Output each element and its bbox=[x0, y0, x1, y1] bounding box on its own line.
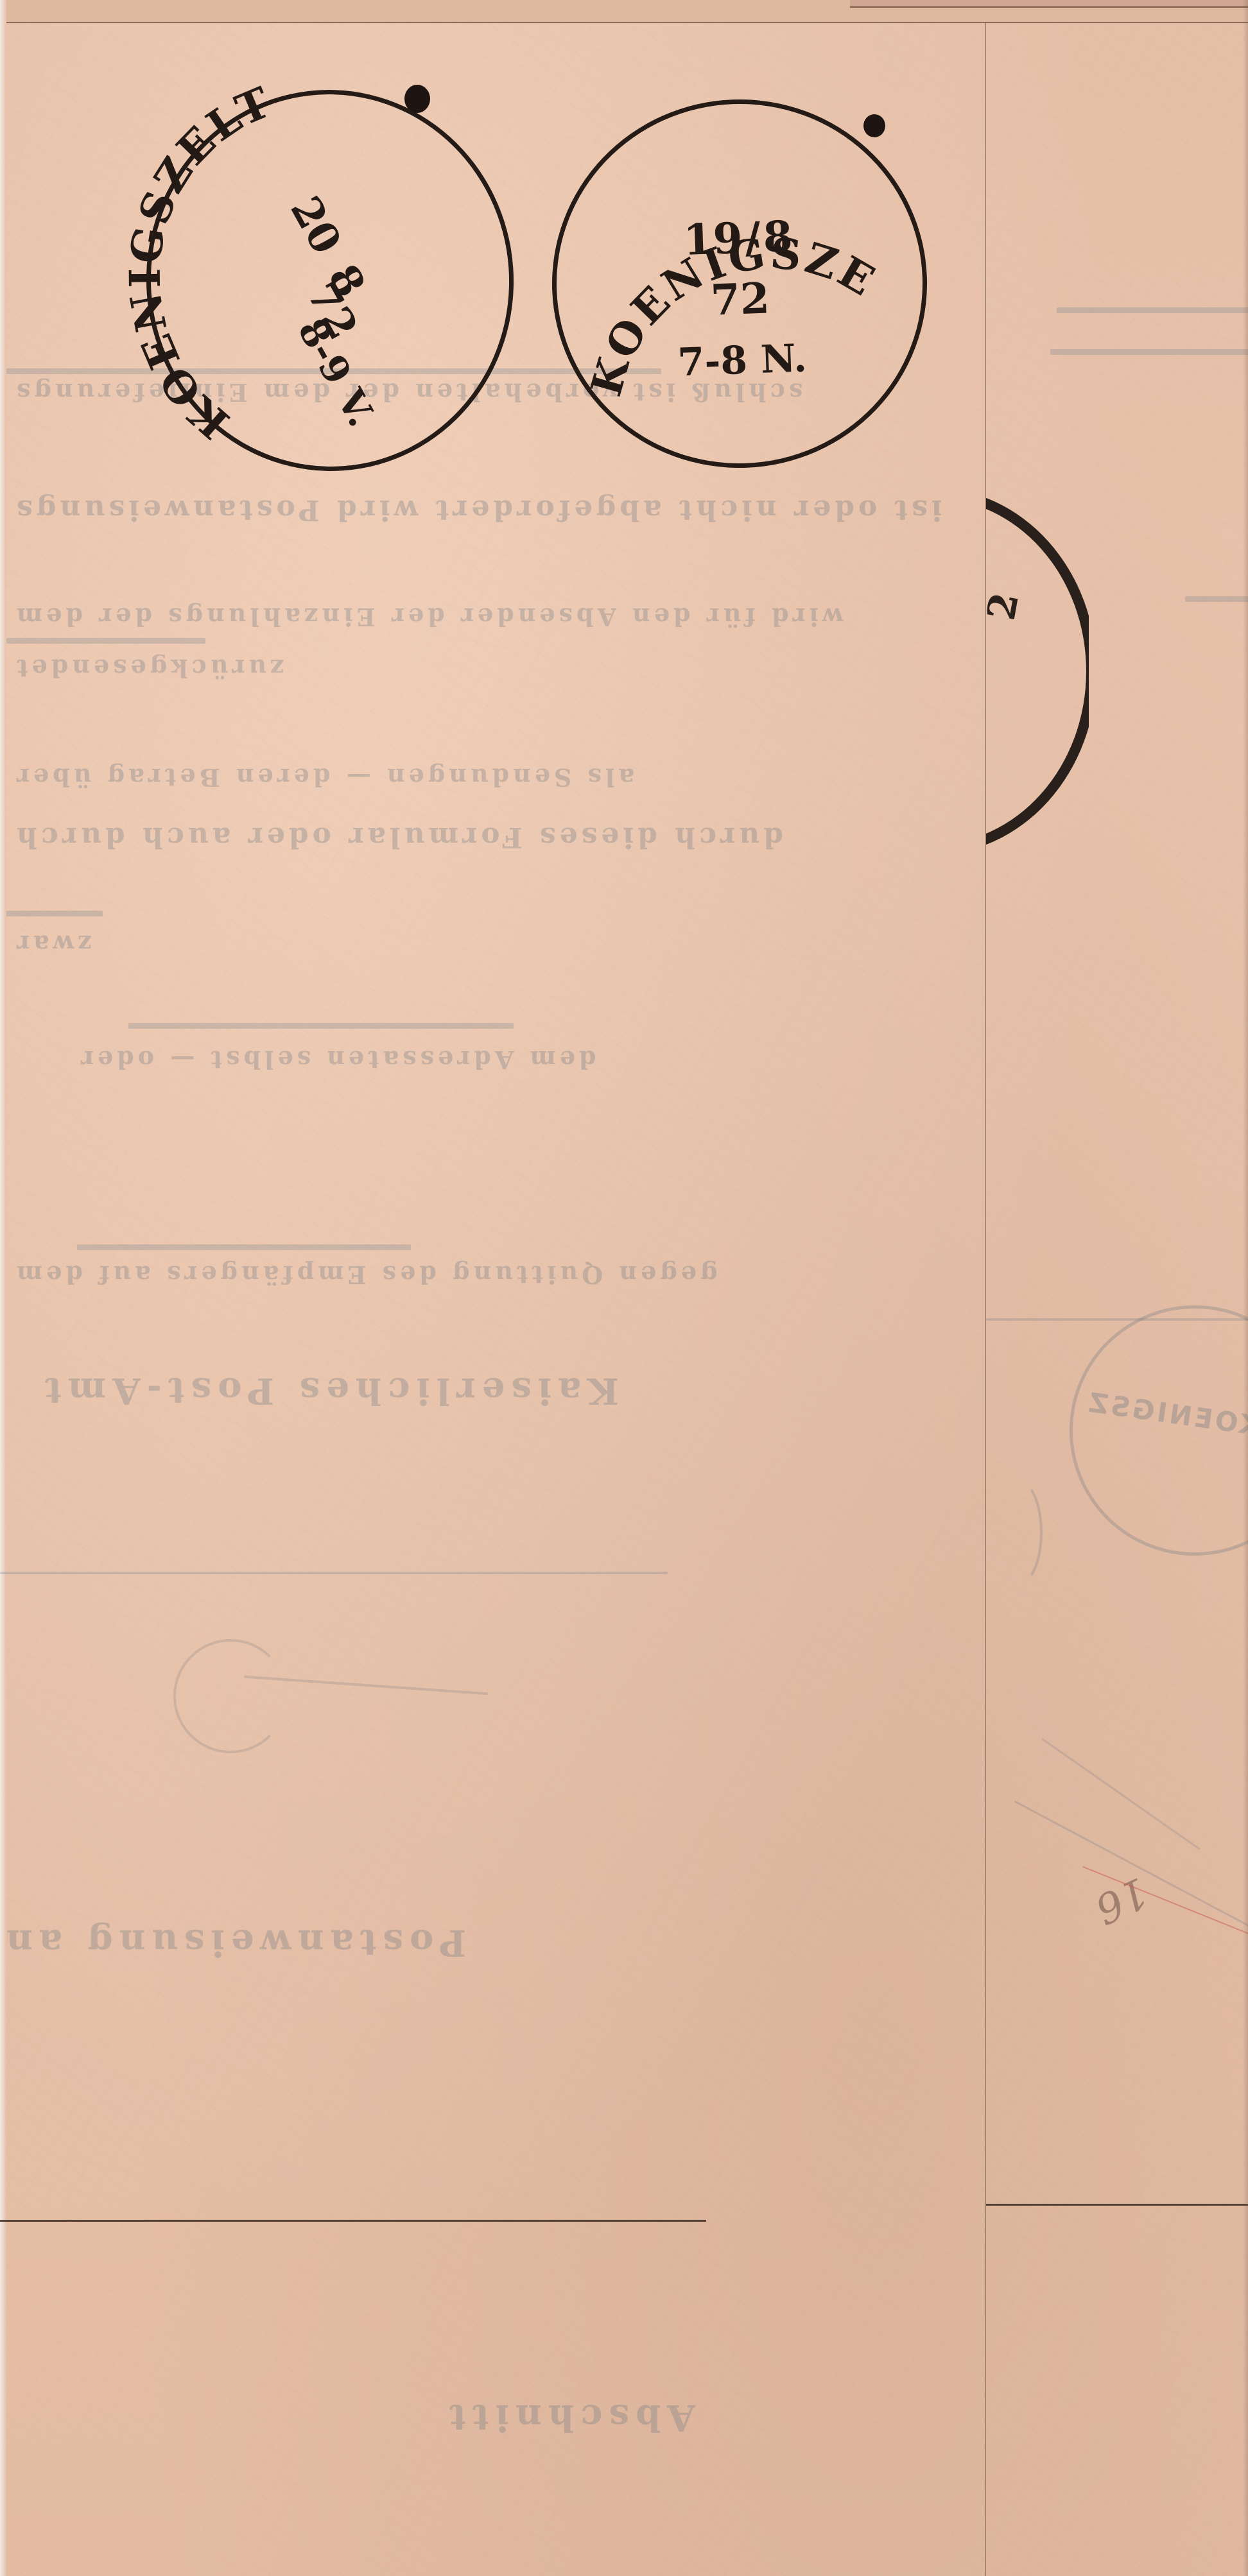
show-through-line: durch dieses Formular oder auch durch bbox=[13, 821, 783, 854]
partial-postmark-ring bbox=[986, 488, 1089, 847]
postmark-right-day: 19 bbox=[682, 213, 743, 265]
partial-postmark: 2 bbox=[986, 488, 1089, 847]
show-through-rule bbox=[77, 1244, 411, 1250]
show-through-rule bbox=[1185, 596, 1248, 602]
postmark-right: KOENIGSZELT 19/8 72 7-8 N. bbox=[546, 93, 933, 474]
show-through-rule bbox=[1050, 349, 1248, 355]
show-through-rule bbox=[128, 1023, 514, 1029]
pencil-flourish bbox=[173, 1639, 288, 1753]
show-through-rule bbox=[0, 1572, 668, 1574]
ghost-postmark: KOENIGSZ bbox=[1070, 1305, 1248, 1556]
show-through-line: gegen Quittung des Empfängers auf dem bbox=[13, 1260, 718, 1289]
underlying-sheet-edge bbox=[850, 0, 1248, 8]
show-through-line: als Sendungen — deren Betrag über bbox=[13, 763, 634, 792]
show-through-rule bbox=[6, 638, 205, 644]
scan-right-edge bbox=[1243, 0, 1248, 2576]
show-through-rule bbox=[6, 911, 103, 916]
show-through-heading: Postanweisung an bbox=[0, 1921, 466, 1964]
show-through-heading: Kaiserliches Post-Amt bbox=[39, 1370, 619, 1412]
show-through-line: ist oder nicht abgefordert wird Postanwe… bbox=[13, 494, 942, 526]
ink-blot bbox=[863, 114, 885, 137]
show-through-line: wird für den Absender der Einzahlungs de… bbox=[13, 603, 844, 631]
show-through-line: dem Adressaten selbst — oder bbox=[77, 1045, 596, 1074]
show-through-line: zwar bbox=[13, 930, 92, 959]
postmark-right-month: 8 bbox=[762, 211, 793, 262]
form-rule bbox=[986, 2204, 1248, 2206]
pencil-bracket bbox=[992, 1479, 1043, 1586]
show-through-rule bbox=[1057, 307, 1248, 313]
postmark-left: KOENIGSZELT 20 8 72 8-9 V. bbox=[134, 78, 526, 483]
show-through-line: zurückgesendet bbox=[13, 654, 284, 683]
show-through-heading: Abschnitt bbox=[443, 2396, 695, 2439]
ink-blot bbox=[404, 85, 430, 113]
handwritten-number: 16 bbox=[1088, 1868, 1155, 1932]
form-rule bbox=[0, 2220, 706, 2222]
ghost-postmark-text: KOENIGSZ bbox=[1084, 1386, 1248, 1442]
pencil-stroke bbox=[1041, 1738, 1200, 1850]
underlying-sheet-panel: KOENIGSZ 16 bbox=[986, 22, 1248, 2576]
